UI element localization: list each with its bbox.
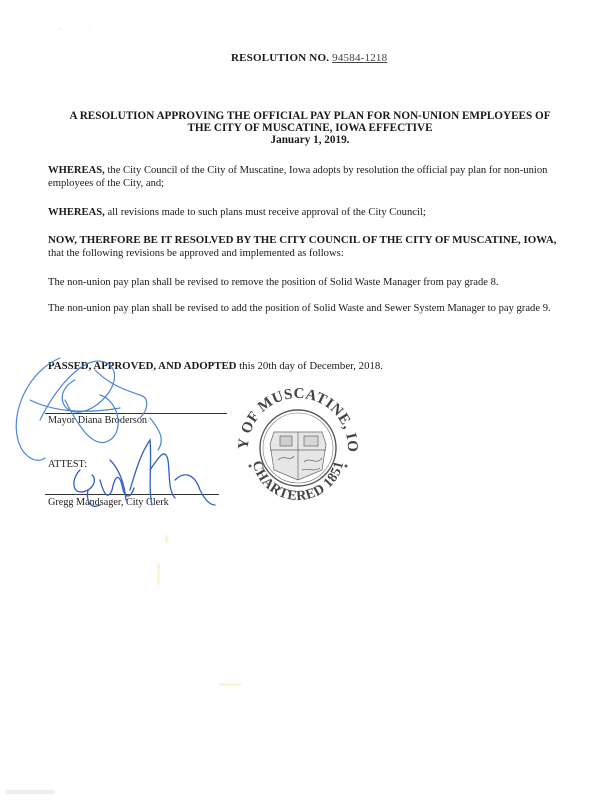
- scan-artifact: ʹ: [59, 28, 60, 34]
- whereas-lead: WHEREAS,: [48, 207, 105, 218]
- resolved-lead: NOW, THERFORE BE IT RESOLVED BY THE CITY…: [48, 234, 556, 246]
- whereas-lead: WHEREAS,: [48, 165, 105, 176]
- resolved-text: that the following revisions be approved…: [48, 248, 344, 259]
- whereas-paragraph-2: WHEREAS, all revisions made to such plan…: [48, 206, 568, 219]
- scan-artifact: ˈ: [88, 27, 90, 33]
- resolved-paragraph: NOW, THERFORE BE IT RESOLVED BY THE CITY…: [48, 234, 568, 260]
- revision-paragraph-2: The non-union pay plan shall be revised …: [48, 302, 568, 315]
- whereas-paragraph-1: WHEREAS, the City Council of the City of…: [48, 164, 568, 190]
- mayor-signature-icon: [16, 358, 161, 460]
- resolution-number-heading: RESOLUTION NO.94584-1218: [231, 52, 387, 64]
- title-line-1: A RESOLUTION APPROVING THE OFFICIAL PAY …: [40, 110, 580, 122]
- whereas-text: all revisions made to such plans must re…: [105, 207, 426, 218]
- title-line-3: January 1, 2019.: [40, 134, 580, 146]
- resolution-label: RESOLUTION NO.: [231, 52, 329, 64]
- scan-smudge: [5, 790, 55, 794]
- resolution-title: A RESOLUTION APPROVING THE OFFICIAL PAY …: [40, 110, 580, 146]
- city-seal: CITY OF MUSCATINE, IOWA CHARTERED 1851: [234, 384, 362, 512]
- passed-date-text: this 20th day of December, 2018.: [236, 360, 383, 372]
- revision-paragraph-1: The non-union pay plan shall be revised …: [48, 276, 568, 289]
- resolution-number: 94584-1218: [332, 52, 387, 64]
- seal-emblem-icon: [270, 432, 326, 480]
- title-line-2: THE CITY OF MUSCATINE, IOWA EFFECTIVE: [40, 122, 580, 134]
- scan-smudge: [157, 563, 160, 585]
- whereas-text: the City Council of the City of Muscatin…: [48, 165, 547, 189]
- clerk-signature-icon: [74, 440, 215, 506]
- handwritten-signatures: [0, 340, 240, 530]
- scan-smudge: [219, 683, 241, 686]
- scan-smudge: [165, 535, 168, 543]
